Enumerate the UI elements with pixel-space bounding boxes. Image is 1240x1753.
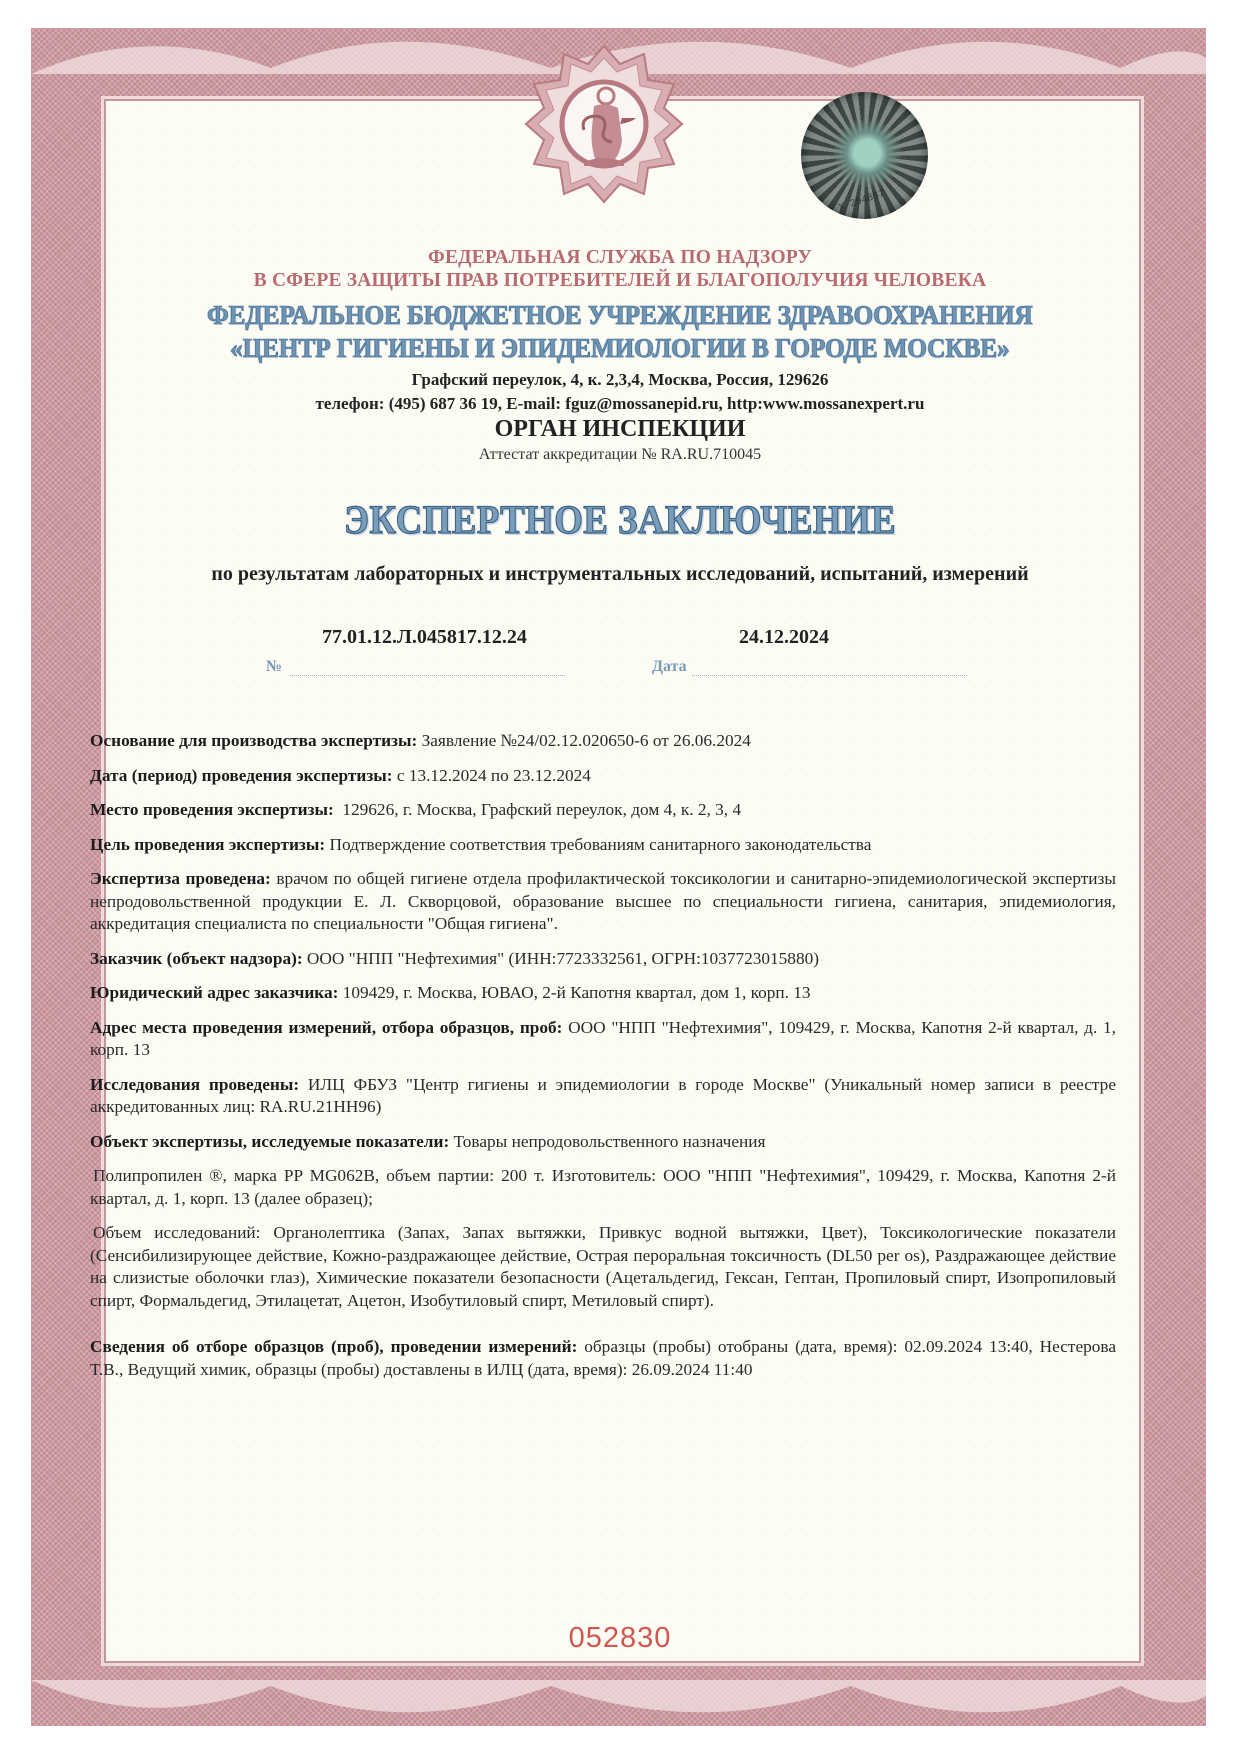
agency-line-1: ФЕДЕРАЛЬНАЯ СЛУЖБА ПО НАДЗОРУ [0, 247, 1240, 269]
document-date: 24.12.2024 [739, 626, 829, 649]
field-label: Заказчик (объект надзора): [90, 949, 303, 968]
field-measurement-address: Адрес места проведения измерений, отбора… [90, 1017, 1116, 1062]
number-underline [290, 675, 565, 676]
number-label: № [266, 658, 282, 676]
field-label: Экспертиза проведена: [90, 869, 271, 888]
accreditation-line: Аттестат аккредитации № RA.RU.710045 [0, 446, 1240, 464]
research-scope: Объем исследований: Органолептика (Запах… [90, 1222, 1116, 1312]
field-customer: Заказчик (объект надзора): ООО "НПП "Неф… [90, 948, 1116, 971]
institution-line-2: «ЦЕНТР ГИГИЕНЫ И ЭПИДЕМИОЛОГИИ В ГОРОДЕ … [43, 333, 1196, 364]
field-research-lab: Исследования проведены: ИЛЦ ФБУЗ "Центр … [90, 1074, 1116, 1119]
institution-address: Графский переулок, 4, к. 2,3,4, Москва, … [0, 370, 1240, 390]
field-object: Объект экспертизы, исследуемые показател… [90, 1131, 1116, 1154]
field-value: Товары непродовольственного назначения [449, 1132, 765, 1151]
institution-line-1: ФЕДЕРАЛЬНОЕ БЮДЖЕТНОЕ УЧРЕЖДЕНИЕ ЗДРАВОО… [43, 300, 1196, 331]
hygieia-emblem-icon [524, 44, 684, 204]
field-value: 109429, г. Москва, ЮВАО, 2-й Капотня ква… [338, 983, 810, 1002]
sampling-info: Сведения об отборе образцов (проб), пров… [90, 1336, 1116, 1381]
frame-bottom-ornament [31, 1680, 1206, 1726]
field-conducted-by: Экспертиза проведена: врачом по общей ги… [90, 868, 1116, 936]
agency-line-2: В СФЕРЕ ЗАЩИТЫ ПРАВ ПОТРЕБИТЕЛЕЙ И БЛАГО… [0, 270, 1240, 292]
field-value: 129626, г. Москва, Графский переулок, до… [334, 800, 741, 819]
field-value: с 13.12.2024 по 23.12.2024 [393, 766, 591, 785]
field-label: Сведения об отборе образцов (проб), пров… [90, 1337, 577, 1356]
field-label: Основание для производства экспертизы: [90, 731, 417, 750]
date-underline [692, 675, 967, 676]
product-description: Полипропилен ®, марка PP MG062B, объем п… [90, 1165, 1116, 1210]
document-number: 77.01.12.Л.045817.12.24 [322, 626, 527, 649]
document-title: ЭКСПЕРТНОЕ ЗАКЛЮЧЕНИЕ [50, 496, 1191, 543]
field-value: ООО "НПП "Нефтехимия" (ИНН:7723332561, О… [303, 949, 819, 968]
field-place: Место проведения экспертизы: 129626, г. … [90, 799, 1116, 822]
blank-serial-number: 052830 [0, 1622, 1240, 1655]
field-period: Дата (период) проведения экспертизы: с 1… [90, 765, 1116, 788]
field-basis: Основание для производства экспертизы: З… [90, 730, 1116, 753]
field-label: Цель проведения экспертизы: [90, 835, 325, 854]
field-label: Юридический адрес заказчика: [90, 983, 338, 1002]
organ-heading: ОРГАН ИНСПЕКЦИИ [0, 416, 1240, 443]
field-legal-address: Юридический адрес заказчика: 109429, г. … [90, 982, 1116, 1005]
field-value: Подтверждение соответствия требованиям с… [325, 835, 871, 854]
field-purpose: Цель проведения экспертизы: Подтверждени… [90, 834, 1116, 857]
field-value: Заявление №24/02.12.020650-6 от 26.06.20… [417, 731, 751, 750]
field-label: Адрес места проведения измерений, отбора… [90, 1018, 562, 1037]
field-label: Дата (период) проведения экспертизы: [90, 766, 393, 785]
field-label: Место проведения экспертизы: [90, 800, 334, 819]
field-label: Исследования проведены: [90, 1075, 299, 1094]
institution-contacts: телефон: (495) 687 36 19, E-mail: fguz@m… [0, 394, 1240, 414]
document-subtitle: по результатам лабораторных и инструмент… [0, 563, 1240, 586]
date-label: Дата [652, 658, 687, 676]
field-label: Объект экспертизы, исследуемые показател… [90, 1132, 449, 1151]
document-body: Основание для производства экспертизы: З… [90, 730, 1116, 1393]
